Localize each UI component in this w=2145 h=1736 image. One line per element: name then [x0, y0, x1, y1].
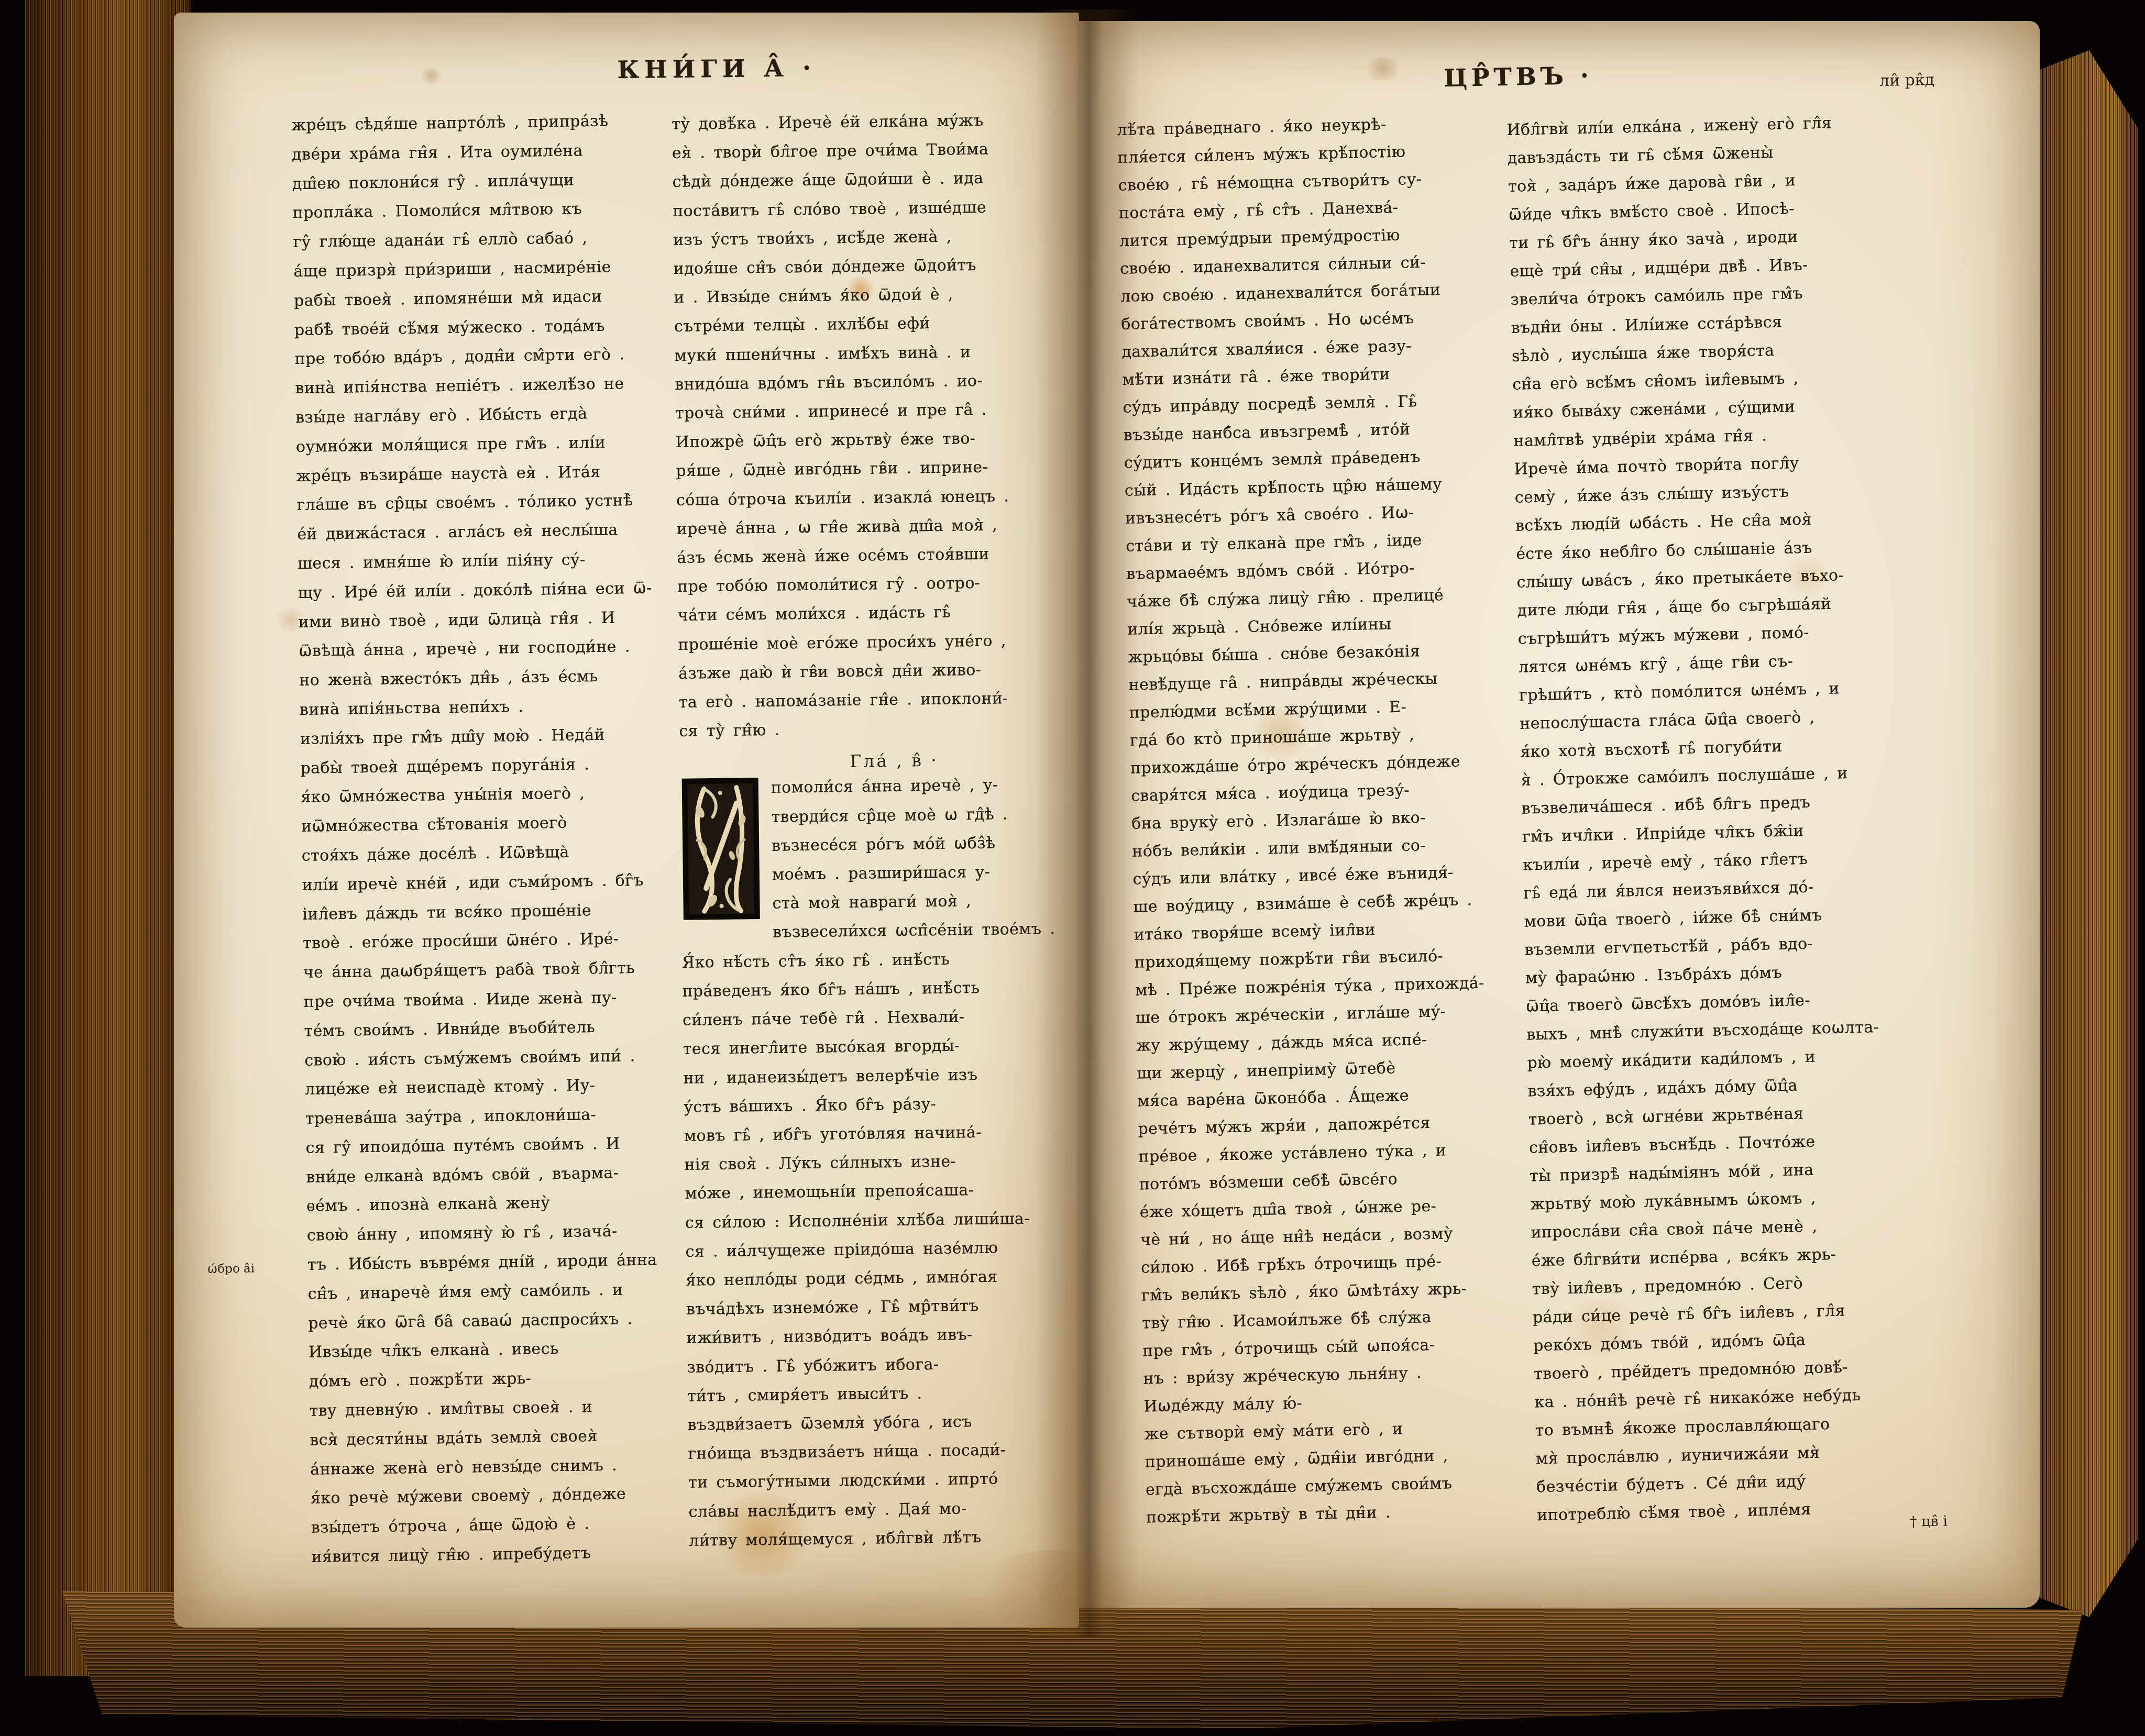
- text-line: сѣдѝ до́ндеже а́ще ѿдои́ши ѐ . ида: [672, 163, 1039, 197]
- text-line: свою̀ . ия́сть съму́жемъ свои́мъ ипи́ .: [304, 1041, 651, 1075]
- text-line: пре очи́ма твои́ма . Ииде жена̀ пу-: [303, 983, 650, 1017]
- text-line: твоѐ . его́же проси́ши ѿне́го . Ире́-: [303, 924, 649, 958]
- text-line: ти съмогу́тными людски́ми . ипрто́: [688, 1464, 1055, 1498]
- text-line: ся гу̂ ипоидо́ша путе́мъ свои́мъ . И: [305, 1129, 652, 1163]
- text-line: мо́же , инемощьні́и препоя́саша-: [685, 1175, 1052, 1209]
- text-line: а́ще призря̀ при́зриши , насмире́ніе: [293, 252, 640, 286]
- text-line: поста́витъ гь̂ сло́во твоѐ , изше́дше: [673, 192, 1040, 226]
- text-line: вни́де елкана̀ вдо́мъ сво́й , въарма-: [306, 1158, 652, 1192]
- decorative-initial-letter: И: [681, 777, 761, 922]
- text-line: рабѣ̀ твое́й сѣ́мя му́жеско . тода́мъ: [294, 311, 640, 345]
- text-line: си́ленъ па́че тебѐ ги̂ . Нехвали́-: [683, 1001, 1050, 1035]
- folio-number: ли̂ рк̂д: [1879, 71, 1935, 90]
- text-column-4: Ибл̂гвѝ илі́и елка́на , ижену̀ его̀ гл̂я…: [1506, 108, 1894, 1530]
- text-line: зво́дитъ . Гь̂ убо́житъ ибога-: [687, 1348, 1054, 1382]
- text-line: ли́тву моля́щемуся , ибл̂гвѝ лѣ́тъ: [689, 1522, 1056, 1555]
- text-line: но жена̀ вжесто́къ дн̂ь , а́зъ е́смь: [299, 661, 645, 695]
- text-line: ся . иа́лчущеже пріидо́ша назе́млю: [685, 1233, 1052, 1266]
- text-line: взы́детъ о́троча , а́ще ѿдою̀ ѐ .: [311, 1509, 657, 1543]
- text-line: мовъ гь̂ , ибг̂ъ угото́вляя начина́-: [684, 1117, 1051, 1151]
- text-line: илі́и иречѐ кне́й , иди съми́ромъ . бг̂ъ: [302, 866, 648, 900]
- text-line: нія своя̀ . Лу́къ си́лныхъ изне-: [684, 1146, 1051, 1179]
- text-line: стоя́хъ да́же досе́лѣ . Иѿвѣща̀: [301, 837, 647, 871]
- text-line: пре тобо́ю помоли́тися гу̂ . оотро-: [677, 568, 1044, 602]
- initial-block: И помоли́ся а́нна иречѐ , у-тверди́ся ср…: [680, 770, 1048, 920]
- text-line: е́й движа́стася . агла́съ ея̀ неслы́ша: [297, 515, 643, 549]
- text-line: до́мъ его̀ . пожрѣ́ти жрь-: [309, 1363, 655, 1397]
- text-line: свою̀ а́нну , ипомяну̀ ю̀ гь̂ , изача́-: [307, 1217, 653, 1251]
- text-line: та его̀ . напома́заніе гн̂е . ипоклони́-: [678, 683, 1046, 717]
- text-line: оумно́жи моля́щися пре гм̂ъ . илі́и: [296, 427, 642, 461]
- text-line: рабы̀ твоея̀ . ипомяне́ши мя̀ идаси: [294, 282, 640, 316]
- text-line: иѿмно́жества сѣ́тованія моего̀: [301, 808, 647, 842]
- text-line: Ипожрѐ ѿц̂ъ его̀ жрьтву̀ е́же тво-: [675, 424, 1042, 457]
- text-line: а́зъже даю̀ ѝ гв̂и вовся̀ дн̂и живо-: [678, 655, 1046, 688]
- text-line: вся̀ десяти́ны вда́ть земля̀ своея̀: [310, 1421, 656, 1455]
- text-line: Я́ко нѣ́сть ст̂ъ я́ко гь̂ . инѣ́сть: [682, 944, 1049, 977]
- margin-note-left: ѡ́бро а̂і: [207, 1262, 255, 1276]
- text-line: две́ри хра́ма гн̂я . Ита оумиле́на: [292, 136, 638, 170]
- text-line: тъ . Ибы́сть въвре́мя дні́й , ироди а́нн…: [307, 1246, 653, 1280]
- text-line: я́ко речѐ му́жеви своему̀ , до́ндеже: [311, 1479, 657, 1513]
- text-line: ѿвѣща̀ а́нна , иречѐ , ни господи́не .: [299, 632, 645, 666]
- text-line: че а́нна даѡбря́щетъ раба̀ твоя̀ бл̂гть: [303, 954, 650, 988]
- running-head-left: КНИ́ГИ А̂ ·: [617, 53, 816, 84]
- woodcut-ornament: [681, 777, 761, 922]
- column-2-upper-lines: ту̀ довѣ́ка . Иречѐ е́й елка́на му́жъея̀…: [672, 105, 1046, 746]
- text-line: теся инегл̂ите высо́кая вгорды́-: [683, 1031, 1050, 1064]
- text-line: пра́веденъ я́ко бг̂ъ на́шъ , инѣ́сть: [682, 972, 1049, 1006]
- text-line: щу . Ире́ е́й илі́и . доко́лѣ пія́на еси…: [298, 573, 644, 607]
- text-line: иречѐ а́нна , ѡ гн̂е жива̀ дш̂а моя̀ ,: [676, 510, 1043, 544]
- book-photograph: КНИ́ГИ А̂ · ЦР̂ТВЪ · ли̂ рк̂д ѡ́бро а̂і …: [0, 0, 2145, 1736]
- text-column-1: жре́цъ сѣдя́ше напрто́лѣ , припра́зѣдве́…: [291, 106, 657, 1572]
- text-column-3: лѣ́та пра́веднаго . я́ко неукрѣ-пля́ется…: [1117, 109, 1508, 1532]
- running-head-right: ЦР̂ТВЪ ·: [1444, 61, 1593, 92]
- text-line: ся ту̀ гн̂ю .: [679, 713, 1046, 746]
- text-line: троча̀ сни́ми . ипринесе́ и пре га̂ .: [675, 394, 1042, 428]
- text-line: речѐ я́ко ѿга̂ ба̂ саваѡ́ даспроси́хъ .: [308, 1304, 654, 1338]
- text-line: со́ша о́троча къилі́и . изакла́ юнецъ .: [676, 481, 1043, 515]
- text-line: ея̀ . творѝ бл̂гое пре очи́ма Твои́ма: [672, 135, 1039, 168]
- text-line: шеся . имня́ше ю̀ илі́и пія́ну су́-: [298, 545, 644, 579]
- text-line: ими вино̀ твоѐ , иди ѿлица̀ гн̂я . И: [298, 603, 644, 637]
- text-line: у́стъ ва́шихъ . Я́ко бг̂ъ ра́зу-: [684, 1088, 1051, 1122]
- text-line: проше́ніе моѐ его́же проси́хъ уне́го ,: [678, 626, 1045, 659]
- text-line: іил̂евъ да́ждь ти вся́ко проше́ніе: [302, 895, 648, 929]
- text-line: ижи́витъ , низво́дитъ воа́дъ ивъ-: [686, 1320, 1053, 1353]
- quire-mark: † цв̂ і: [1910, 1513, 1948, 1530]
- text-line: пре тобо́ю вда́ръ , додн̂и см̂рти его̀ .: [294, 340, 641, 374]
- text-line: гла́ше въ ср̂цы свое́мъ . то́лико устнѣ̀: [296, 486, 643, 520]
- text-line: жре́цъ възира́ше науста̀ ея̀ . Ита́я: [296, 457, 642, 491]
- text-line: ия́вится лицу̀ гн̂ю . ипребу́детъ: [311, 1538, 657, 1572]
- text-line: ти́тъ , смиря́етъ ивыси́тъ .: [687, 1377, 1054, 1411]
- text-line: ся си́лою : Исполне́ніи хлѣ́ба лиши́ша-: [685, 1204, 1052, 1237]
- text-line: идоя́ше сн̂ъ сво́и до́ндеже ѿдои́тъ: [673, 250, 1040, 283]
- text-line: сла́вы наслѣ́дитъ ему̀ . Дая́ мо-: [688, 1493, 1055, 1527]
- fore-edge-left: [24, 0, 191, 1676]
- text-line: муки́ пшени́чны . имѣ́хъ вина̀ . и: [674, 337, 1041, 370]
- text-line: гу̂ глю́ще адана́и гь̂ елло̀ сабао́ ,: [293, 223, 639, 257]
- text-line: Ивзы́де чл̂къ елкана̀ . ивесь: [309, 1333, 655, 1367]
- text-line: изъ у́стъ твои́хъ , исѣ́де жена̀ ,: [673, 221, 1040, 255]
- text-line: ѳе́мъ . ипозна̀ елкана̀ жену̀: [306, 1187, 653, 1221]
- text-line: ни , иданеизы́детъ велерѣ́чіе изъ: [683, 1059, 1050, 1093]
- column-2-lower-lines: възвесели́хся ѡсп̂се́ніи твое́мъ .Я́ко н…: [681, 915, 1056, 1555]
- text-column-2: ту̀ довѣ́ка . Иречѐ е́й елка́на му́жъея̀…: [672, 105, 1056, 1555]
- text-line: взы́де нагла́ву его̀ . Ибы́сть егда̀: [295, 399, 642, 433]
- chapter-heading: Гла́ , в̂ ·: [679, 742, 1047, 775]
- text-line: пропла́ка . Помоли́ся мл̂твою къ: [292, 194, 639, 228]
- text-line: тренева́ша зау́тра , ипоклони́ша-: [305, 1100, 651, 1134]
- text-line: я́ко ѿмно́жества уны́нія моего̀ ,: [301, 778, 647, 812]
- text-line: гно́ища въздвиза́етъ ни́ща . посади́-: [688, 1435, 1055, 1468]
- text-line: а́ннаже жена̀ его̀ невзы́де снимъ .: [310, 1450, 656, 1484]
- text-line: ря́ше , ѿднѐ ивго́днь гв̂и . иприне-: [676, 452, 1043, 486]
- text-line: ча́ти се́мъ моли́хся . ида́сть гь̂: [677, 597, 1044, 631]
- text-line: сътре́ми телцы̀ . ихлѣ́бы ефи́: [674, 308, 1041, 341]
- text-line: въздви́заетъ ѿземля̀ убо́га , исъ: [687, 1406, 1054, 1440]
- text-line: те́мъ свои́мъ . Ивни́де въоби́тель: [304, 1012, 650, 1046]
- text-line: въча́дѣхъ изнемо́же , Гь̂ мр̂тви́тъ: [686, 1290, 1053, 1324]
- text-line: рабы̀ твоея̀ дще́ремъ поруга́нія .: [300, 749, 646, 783]
- text-line: ту̀ довѣ́ка . Иречѐ е́й елка́на му́жъ: [672, 105, 1039, 139]
- text-line: я́ко непло́ды роди се́дмь , имно́гая: [686, 1262, 1053, 1295]
- text-line: дш̂ею поклони́ся гу̂ . ипла́чущи: [292, 164, 639, 198]
- text-line: вина̀ ипія́нства непіе́тъ . ижелѣ́зо не: [295, 369, 641, 403]
- text-line: внидо́ша вдо́мъ гн̂ь въсило́мъ . ио-: [675, 366, 1042, 399]
- text-line: лице́же ея̀ неиспадѐ ктому̀ . Иу-: [305, 1070, 651, 1104]
- fore-edge-right: [2029, 50, 2138, 1617]
- text-line: излія́хъ пре гм̂ъ дш̂у мою̀ . Неда́й: [300, 720, 646, 754]
- text-line: тву дневну́ю . имл̂твы своея̀ . и: [309, 1392, 655, 1426]
- text-line: вина̀ ипія́ньства непи́хъ .: [300, 691, 646, 725]
- text-line: и . Ивзы́де сни́мъ я́ко ѿдои́ ѐ ,: [674, 279, 1041, 313]
- text-line: а́зъ е́смь жена̀ и́же осе́мъ стоя́вши: [677, 539, 1044, 572]
- text-line: жре́цъ сѣдя́ше напрто́лѣ , припра́зѣ: [291, 106, 637, 140]
- text-line: сн̂ъ , инаречѐ и́мя ему̀ само́иль . и: [307, 1275, 654, 1309]
